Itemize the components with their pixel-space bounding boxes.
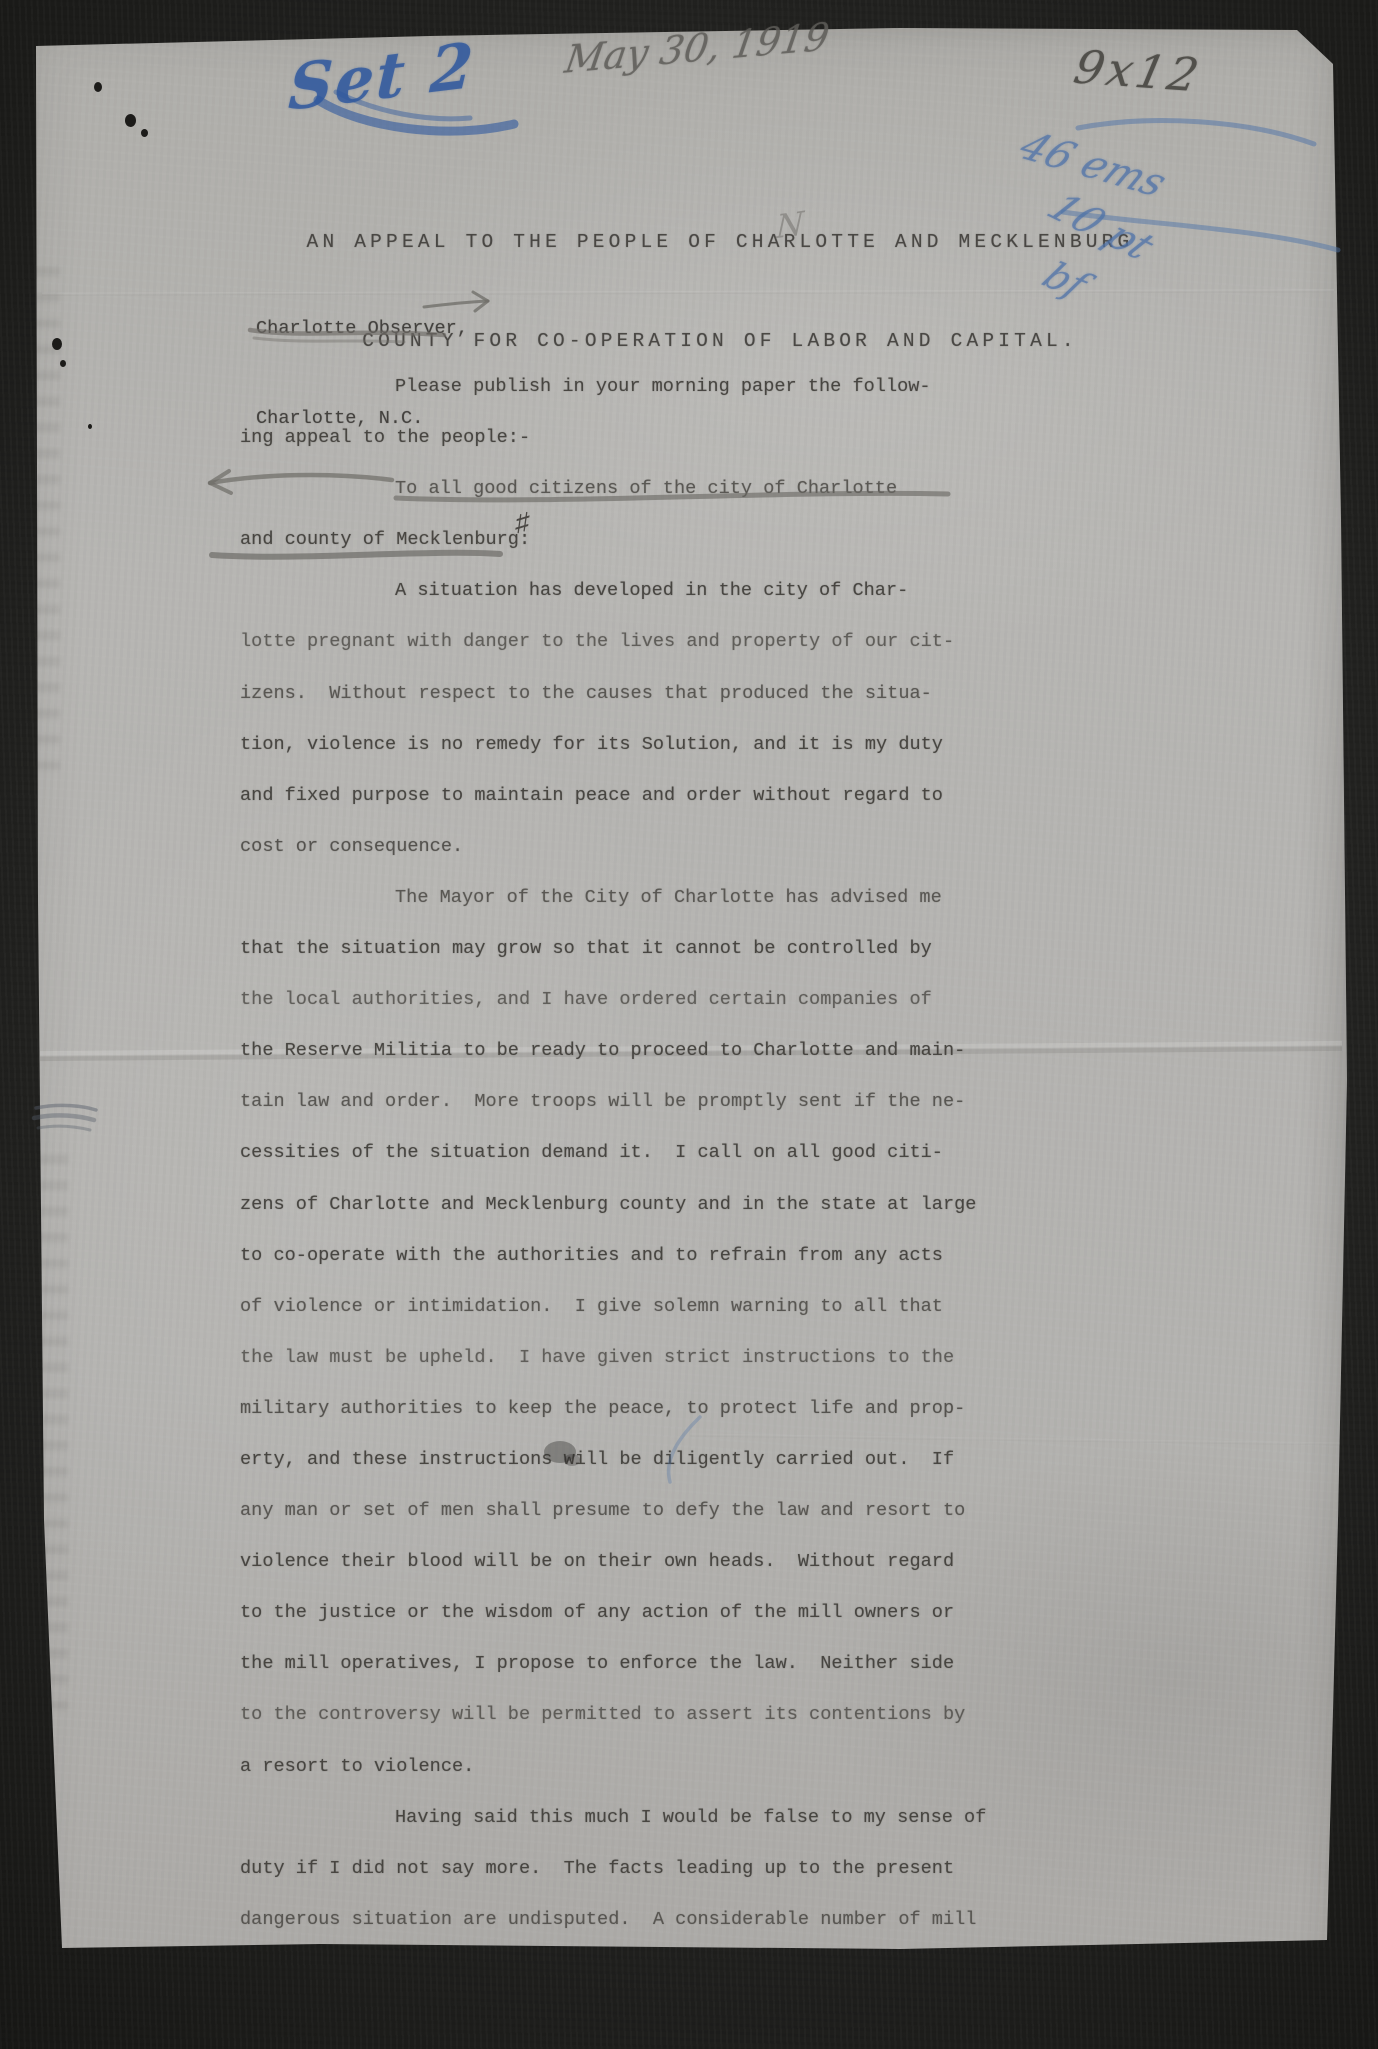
typed-line: that the situation may grow so that it c… [240, 923, 1040, 974]
typed-line: duty if I did not say more. The facts le… [240, 1843, 1040, 1894]
typed-line: to co-operate with the authorities and t… [240, 1230, 1040, 1281]
handwritten-dimensions: 9x12 [1069, 40, 1206, 102]
typed-line: The Mayor of the City of Charlotte has a… [240, 872, 1040, 923]
typed-line: the mill operatives, I propose to enforc… [240, 1638, 1040, 1689]
typed-line: to the controversy will be permitted to … [240, 1689, 1040, 1740]
typed-line: the Reserve Militia to be ready to proce… [240, 1025, 1040, 1076]
typed-line: violence their blood will be on their ow… [240, 1536, 1040, 1587]
typed-line: to the justice or the wisdom of any acti… [240, 1587, 1040, 1638]
typed-line: tain law and order. More troops will be … [240, 1076, 1040, 1127]
pencil-margin-letter: N [775, 204, 804, 246]
ink-speck [141, 129, 148, 137]
ink-speck [125, 114, 136, 127]
letter-body: Please publish in your morning paper the… [240, 361, 1040, 1945]
typed-line: the law must be upheld. I have given str… [240, 1332, 1040, 1383]
typed-line: A situation has developed in the city of… [240, 565, 1040, 616]
typed-line: and county of Mecklenburg: [240, 514, 1040, 565]
ink-speck [94, 82, 102, 92]
typed-line: tion, violence is no remedy for its Solu… [240, 719, 1040, 770]
typed-line: any man or set of men shall presume to d… [240, 1485, 1040, 1536]
typed-line: izens. Without respect to the causes tha… [240, 668, 1040, 719]
typed-line: Please publish in your morning paper the… [240, 361, 1040, 412]
typed-line: cost or consequence. [240, 821, 1040, 872]
typed-line: of violence or intimidation. I give sole… [240, 1281, 1040, 1332]
ink-speck [88, 424, 92, 429]
typed-line: dangerous situation are undisputed. A co… [240, 1894, 1040, 1945]
ink-speck [52, 338, 62, 350]
typed-line: lotte pregnant with danger to the lives … [240, 616, 1040, 667]
typed-line: Having said this much I would be false t… [240, 1792, 1040, 1843]
typed-line: and fixed purpose to maintain peace and … [240, 770, 1040, 821]
typed-line: a resort to violence. [240, 1741, 1040, 1792]
scanned-document-background: AN APPEAL TO THE PEOPLE OF CHARLOTTE AND… [0, 0, 1378, 2049]
typed-line: cessities of the situation demand it. I … [240, 1127, 1040, 1178]
typed-line: zens of Charlotte and Mecklenburg county… [240, 1179, 1040, 1230]
address-line-1: Charlotte Observer, [256, 314, 468, 344]
typed-line: the local authorities, and I have ordere… [240, 974, 1040, 1025]
typed-line: ing appeal to the people:- [240, 412, 1040, 463]
typed-line: military authorities to keep the peace, … [240, 1383, 1040, 1434]
ink-speck [60, 360, 66, 367]
typed-line: erty, and these instructions will be dil… [240, 1434, 1040, 1485]
typed-line: To all good citizens of the city of Char… [240, 463, 1040, 514]
